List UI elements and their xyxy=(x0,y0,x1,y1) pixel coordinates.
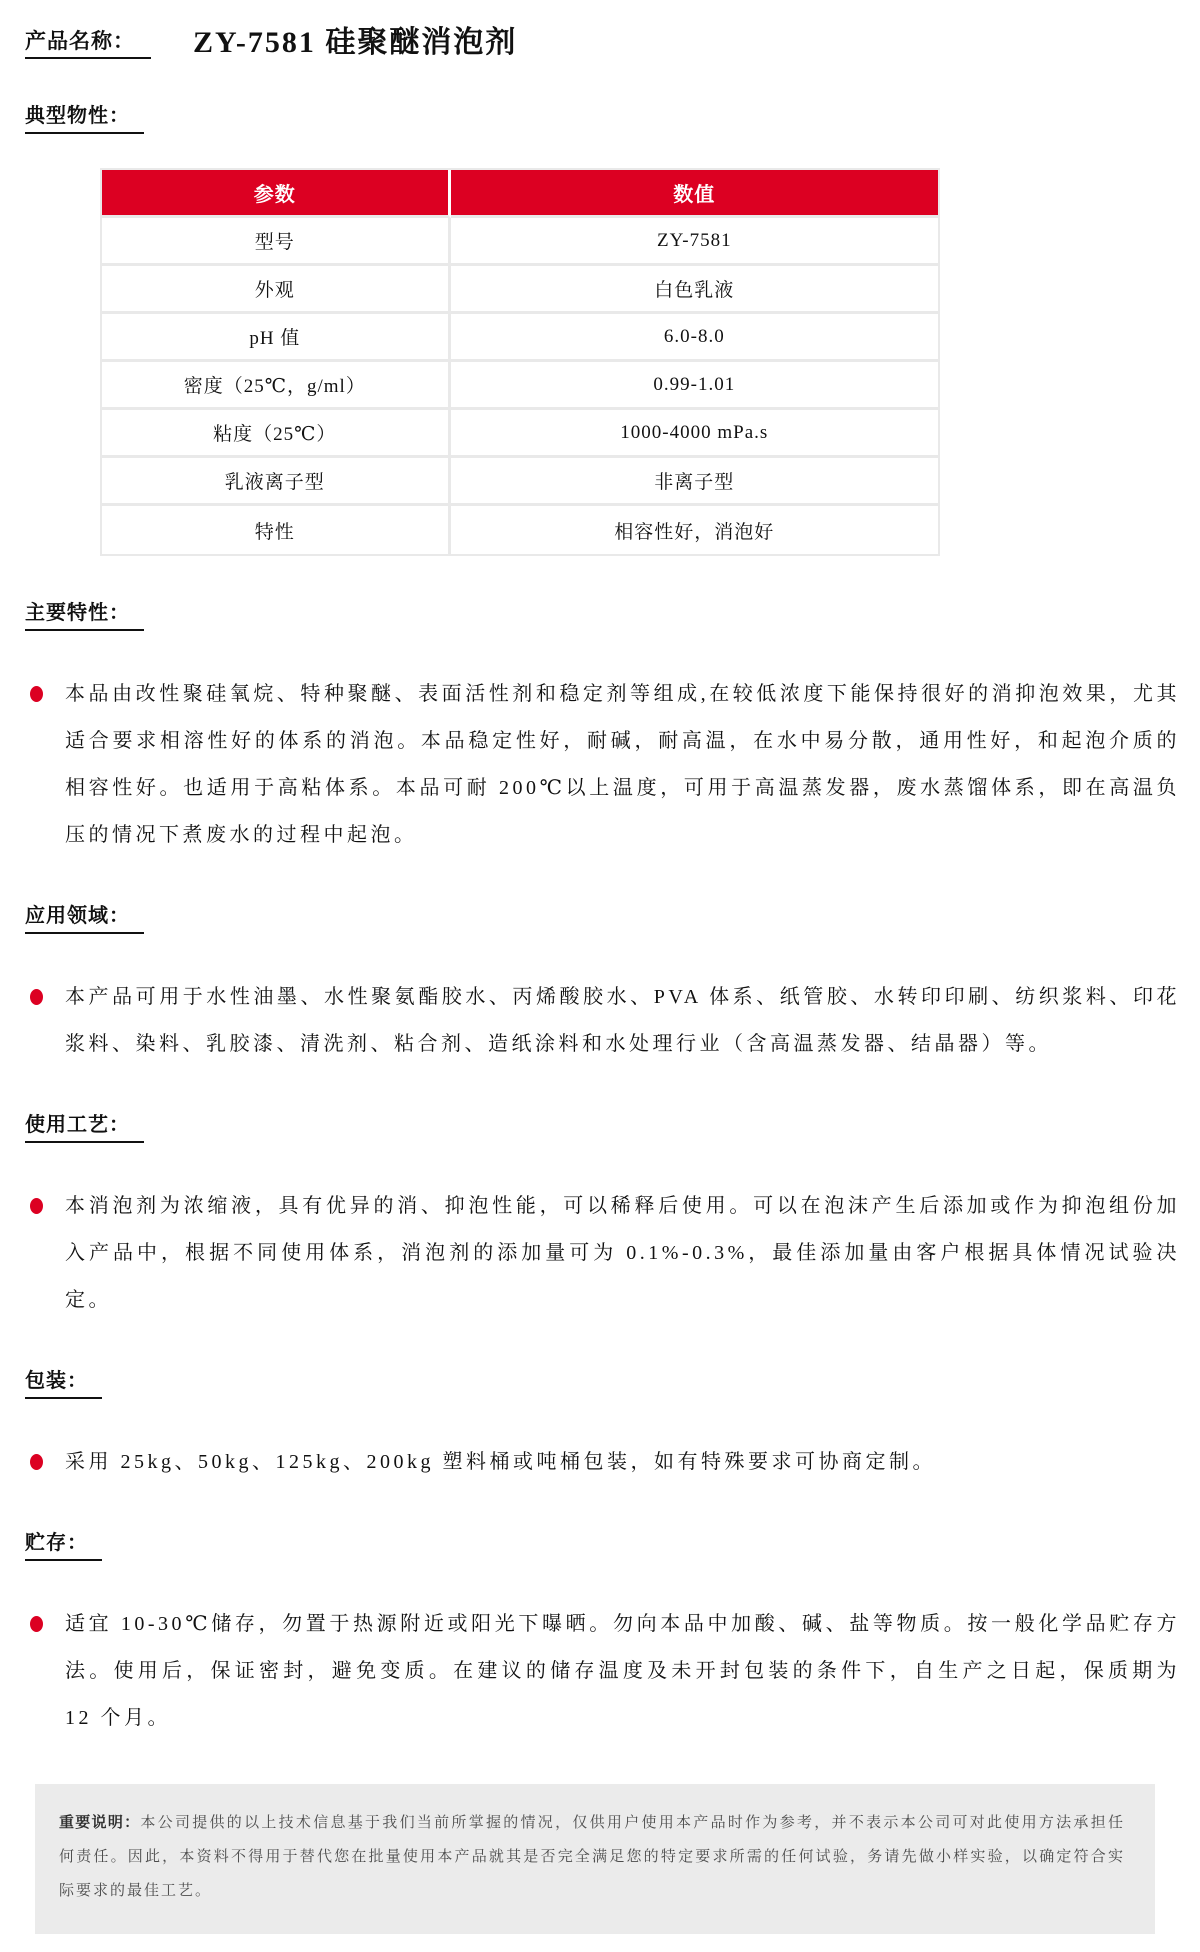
section-usage-process: 使用工艺： 本消泡剂为浓缩液，具有优异的消、抑泡性能，可以稀释后使用。可以在泡沫… xyxy=(25,1112,1180,1324)
param-cell: pH 值 xyxy=(102,314,451,362)
storage-text: 适宜 10-30℃储存，勿置于热源附近或阳光下曝晒。勿向本品中加酸、碱、盐等物质… xyxy=(65,1601,1180,1742)
packaging-text: 采用 25kg、50kg、125kg、200kg 塑料桶或吨桶包装，如有特殊要求… xyxy=(65,1439,1180,1486)
typical-properties-heading: 典型物性： xyxy=(25,103,144,134)
section-typical-properties: 典型物性： 参数 数值 型号 ZY-7581 外观 xyxy=(25,103,1180,556)
list-item: 本产品可用于水性油墨、水性聚氨酯胶水、丙烯酸胶水、PVA 体系、纸管胶、水转印印… xyxy=(25,974,1180,1068)
value-cell: 1000-4000 mPa.s xyxy=(451,410,938,458)
table-row: 粘度（25℃） 1000-4000 mPa.s xyxy=(102,410,938,458)
application-fields-heading: 应用领域： xyxy=(25,903,144,934)
section-main-features: 主要特性： 本品由改性聚硅氧烷、特种聚醚、表面活性剂和稳定剂等组成,在较低浓度下… xyxy=(25,600,1180,859)
product-name-label: 产品名称： xyxy=(25,28,151,59)
bullet-dot-icon xyxy=(30,1454,43,1470)
param-cell: 粘度（25℃） xyxy=(102,410,451,458)
disclaimer-box: 重要说明：本公司提供的以上技术信息基于我们当前所掌握的情况，仅供用户使用本产品时… xyxy=(35,1784,1155,1934)
list-item: 本品由改性聚硅氧烷、特种聚醚、表面活性剂和稳定剂等组成,在较低浓度下能保持很好的… xyxy=(25,671,1180,859)
section-storage: 贮存： 适宜 10-30℃储存，勿置于热源附近或阳光下曝晒。勿向本品中加酸、碱、… xyxy=(25,1530,1180,1742)
list-item: 适宜 10-30℃储存，勿置于热源附近或阳光下曝晒。勿向本品中加酸、碱、盐等物质… xyxy=(25,1601,1180,1742)
table-row: pH 值 6.0-8.0 xyxy=(102,314,938,362)
properties-table-head: 参数 数值 xyxy=(102,170,938,218)
table-header-row: 参数 数值 xyxy=(102,170,938,218)
value-cell: 6.0-8.0 xyxy=(451,314,938,362)
param-cell: 特性 xyxy=(102,506,451,554)
list-item: 本消泡剂为浓缩液，具有优异的消、抑泡性能，可以稀释后使用。可以在泡沫产生后添加或… xyxy=(25,1183,1180,1324)
value-cell: 白色乳液 xyxy=(451,266,938,314)
param-cell: 型号 xyxy=(102,218,451,266)
product-name-row: 产品名称： ZY-7581 硅聚醚消泡剂 xyxy=(25,26,1180,59)
disclaimer-label: 重要说明： xyxy=(59,1815,140,1831)
datasheet-page: 产品名称： ZY-7581 硅聚醚消泡剂 典型物性： 参数 数值 型号 ZY-7… xyxy=(0,0,1200,1952)
bullet-dot-icon xyxy=(30,989,43,1005)
value-cell: 非离子型 xyxy=(451,458,938,506)
section-packaging: 包装： 采用 25kg、50kg、125kg、200kg 塑料桶或吨桶包装，如有… xyxy=(25,1368,1180,1486)
storage-heading: 贮存： xyxy=(25,1530,102,1561)
col-header-parameter: 参数 xyxy=(102,170,451,218)
main-features-text: 本品由改性聚硅氧烷、特种聚醚、表面活性剂和稳定剂等组成,在较低浓度下能保持很好的… xyxy=(65,671,1180,859)
usage-process-text: 本消泡剂为浓缩液，具有优异的消、抑泡性能，可以稀释后使用。可以在泡沫产生后添加或… xyxy=(65,1183,1180,1324)
properties-table-body: 型号 ZY-7581 外观 白色乳液 pH 值 6.0-8.0 密度（25℃，g… xyxy=(102,218,938,554)
col-header-value: 数值 xyxy=(451,170,938,218)
bullet-dot-icon xyxy=(30,1616,43,1632)
table-row: 密度（25℃，g/ml） 0.99-1.01 xyxy=(102,362,938,410)
properties-table-wrapper: 参数 数值 型号 ZY-7581 外观 白色乳液 pH 值 6. xyxy=(100,168,1180,556)
main-features-heading: 主要特性： xyxy=(25,600,144,631)
table-row: 外观 白色乳液 xyxy=(102,266,938,314)
param-cell: 密度（25℃，g/ml） xyxy=(102,362,451,410)
bullet-dot-icon xyxy=(30,686,43,702)
value-cell: 相容性好，消泡好 xyxy=(451,506,938,554)
packaging-heading: 包装： xyxy=(25,1368,102,1399)
value-cell: 0.99-1.01 xyxy=(451,362,938,410)
param-cell: 外观 xyxy=(102,266,451,314)
properties-table: 参数 数值 型号 ZY-7581 外观 白色乳液 pH 值 6. xyxy=(100,168,940,556)
list-item: 采用 25kg、50kg、125kg、200kg 塑料桶或吨桶包装，如有特殊要求… xyxy=(25,1439,1180,1486)
page-title: ZY-7581 硅聚醚消泡剂 xyxy=(193,26,517,59)
param-cell: 乳液离子型 xyxy=(102,458,451,506)
usage-process-heading: 使用工艺： xyxy=(25,1112,144,1143)
value-cell: ZY-7581 xyxy=(451,218,938,266)
section-application-fields: 应用领域： 本产品可用于水性油墨、水性聚氨酯胶水、丙烯酸胶水、PVA 体系、纸管… xyxy=(25,903,1180,1068)
application-fields-text: 本产品可用于水性油墨、水性聚氨酯胶水、丙烯酸胶水、PVA 体系、纸管胶、水转印印… xyxy=(65,974,1180,1068)
table-row: 特性 相容性好，消泡好 xyxy=(102,506,938,554)
disclaimer-text: 本公司提供的以上技术信息基于我们当前所掌握的情况，仅供用户使用本产品时作为参考，… xyxy=(59,1815,1125,1899)
bullet-dot-icon xyxy=(30,1198,43,1214)
table-row: 乳液离子型 非离子型 xyxy=(102,458,938,506)
table-row: 型号 ZY-7581 xyxy=(102,218,938,266)
